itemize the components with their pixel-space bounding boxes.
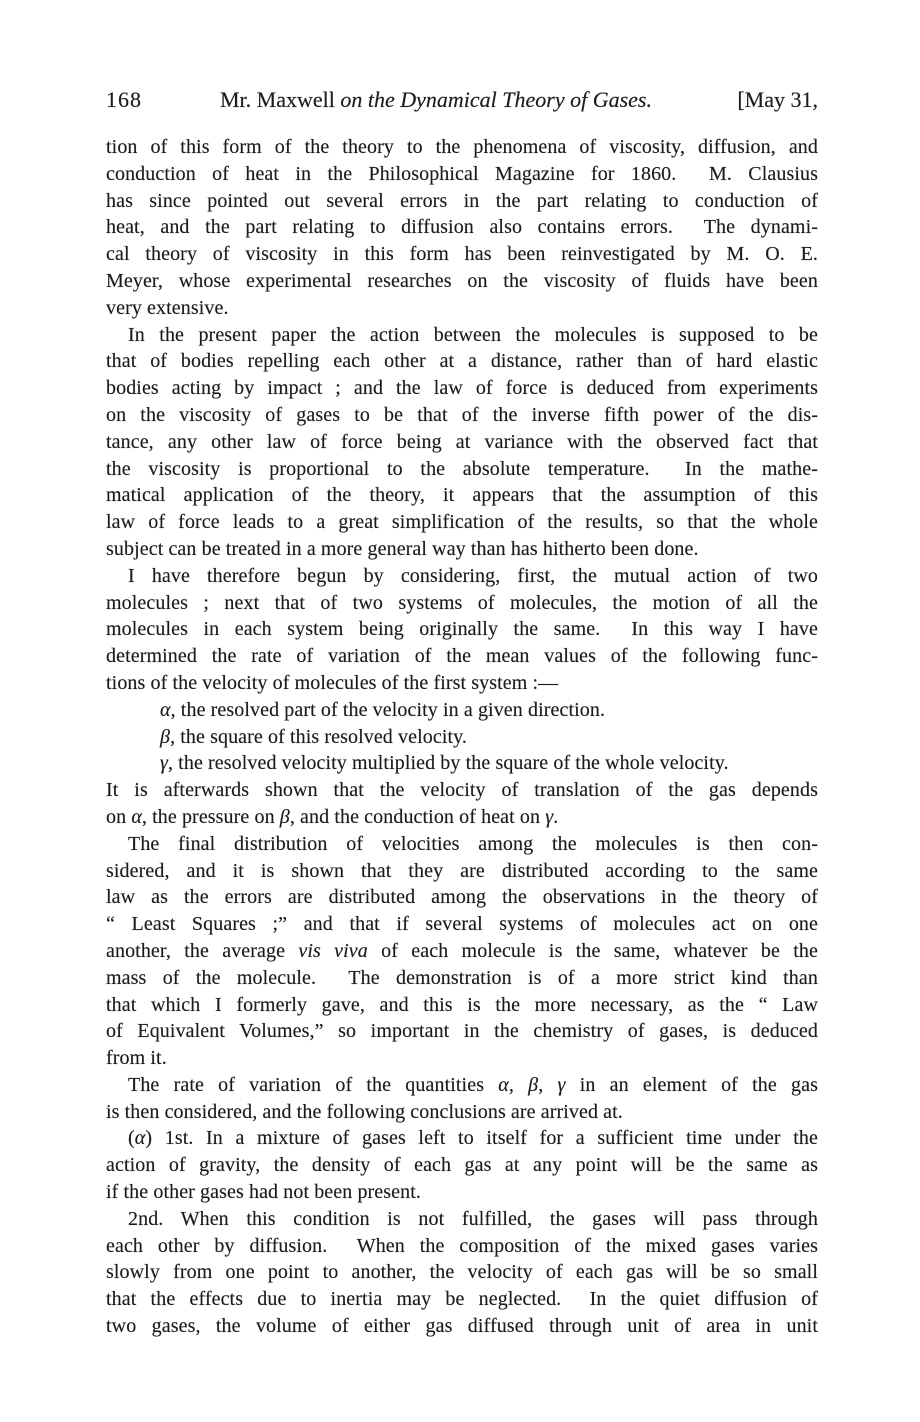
text-run: molecules ; next that of two systems of … bbox=[106, 592, 818, 614]
text-run: In the present paper the action between … bbox=[128, 324, 818, 346]
text-line: that the effects due to inertia may be n… bbox=[106, 1286, 818, 1313]
text-run: action of gravity, the density of each g… bbox=[106, 1154, 818, 1176]
italic-text-run: β bbox=[528, 1074, 538, 1096]
text-run: cal theory of viscosity in this form has… bbox=[106, 243, 818, 265]
text-line: cal theory of viscosity in this form has… bbox=[106, 241, 818, 268]
running-date: [May 31, bbox=[737, 86, 818, 114]
text-run: tance, any other law of force being at v… bbox=[106, 431, 818, 453]
text-line: The final distribution of velocities amo… bbox=[106, 831, 818, 858]
italic-text-run: α bbox=[131, 806, 142, 828]
text-line: sidered, and it is shown that they are d… bbox=[106, 858, 818, 885]
text-line: tions of the velocity of molecules of th… bbox=[106, 670, 818, 697]
text-run: , the pressure on bbox=[142, 806, 280, 828]
text-run: , bbox=[538, 1074, 557, 1096]
text-line: law as the errors are distributed among … bbox=[106, 884, 818, 911]
text-run: is then considered, and the following co… bbox=[106, 1101, 623, 1123]
text-line: mass of the molecule. The demonstration … bbox=[106, 965, 818, 992]
text-run: bodies acting by impact ; and the law of… bbox=[106, 377, 818, 399]
text-run: the viscosity is proportional to the abs… bbox=[106, 458, 818, 480]
text-line: of Equivalent Volumes,” so important in … bbox=[106, 1018, 818, 1045]
text-run: tion of this form of the theory to the p… bbox=[106, 136, 818, 158]
text-line: two gases, the volume of either gas diff… bbox=[106, 1313, 818, 1340]
text-run: , the square of this resolved velocity. bbox=[170, 726, 467, 748]
text-line: molecules ; next that of two systems of … bbox=[106, 590, 818, 617]
text-run: , the resolved part of the velocity in a… bbox=[171, 699, 605, 721]
running-title: Mr. Maxwell on the Dynamical Theory of G… bbox=[220, 86, 652, 114]
text-line: subject can be treated in a more general… bbox=[106, 536, 818, 563]
text-run: of Equivalent Volumes,” so important in … bbox=[106, 1020, 818, 1042]
text-run: law as the errors are distributed among … bbox=[106, 886, 818, 908]
text-run: that of bodies repelling each other at a… bbox=[106, 350, 818, 372]
text-run: another, the average bbox=[106, 940, 298, 962]
text-run: has since pointed out several errors in … bbox=[106, 190, 818, 212]
text-run: very extensive. bbox=[106, 297, 229, 319]
italic-text-run: γ bbox=[160, 752, 168, 774]
text-line: is then considered, and the following co… bbox=[106, 1099, 818, 1126]
text-line: It is afterwards shown that the velocity… bbox=[106, 777, 818, 804]
italic-text-run: vis viva bbox=[298, 940, 368, 962]
text-run: sidered, and it is shown that they are d… bbox=[106, 860, 818, 882]
italic-text-run: α bbox=[160, 699, 171, 721]
text-run: law of force leads to a great simplifica… bbox=[106, 511, 818, 533]
running-header: 168 Mr. Maxwell on the Dynamical Theory … bbox=[106, 86, 818, 114]
text-line: (α) 1st. In a mixture of gases left to i… bbox=[106, 1125, 818, 1152]
text-line: slowly from one point to another, the ve… bbox=[106, 1259, 818, 1286]
text-run: in an element of the gas bbox=[566, 1074, 819, 1096]
text-line: very extensive. bbox=[106, 295, 818, 322]
page-number: 168 bbox=[106, 86, 142, 114]
text-run: heat, and the part relating to diffusion… bbox=[106, 216, 818, 238]
text-run: , and the conduction of heat on bbox=[290, 806, 545, 828]
text-run: The rate of variation of the quantities bbox=[128, 1074, 498, 1096]
text-run: from it. bbox=[106, 1047, 167, 1069]
text-line: another, the average vis viva of each mo… bbox=[106, 938, 818, 965]
text-run: It is afterwards shown that the velocity… bbox=[106, 779, 818, 801]
text-run: molecules in each system being originall… bbox=[106, 618, 818, 640]
text-line: heat, and the part relating to diffusion… bbox=[106, 214, 818, 241]
text-run: Meyer, whose experimental researches on … bbox=[106, 270, 818, 292]
text-line: The rate of variation of the quantities … bbox=[106, 1072, 818, 1099]
text-line: from it. bbox=[106, 1045, 818, 1072]
italic-text-run: β bbox=[160, 726, 170, 748]
text-run: mass of the molecule. The demonstration … bbox=[106, 967, 818, 989]
text-run: that the effects due to inertia may be n… bbox=[106, 1288, 818, 1310]
text-line: Meyer, whose experimental researches on … bbox=[106, 268, 818, 295]
text-run: that which I formerly gave, and this is … bbox=[106, 994, 818, 1016]
text-run: “ Least Squares ;” and that if several s… bbox=[106, 913, 818, 935]
text-line: that which I formerly gave, and this is … bbox=[106, 992, 818, 1019]
text-line: law of force leads to a great simplifica… bbox=[106, 509, 818, 536]
text-run: each other by diffusion. When the compos… bbox=[106, 1235, 818, 1257]
text-line: molecules in each system being originall… bbox=[106, 616, 818, 643]
text-line: 2nd. When this condition is not fulfille… bbox=[106, 1206, 818, 1233]
text-line: “ Least Squares ;” and that if several s… bbox=[106, 911, 818, 938]
list-item-line: β, the square of this resolved velocity. bbox=[106, 724, 818, 751]
italic-text-run: β bbox=[280, 806, 290, 828]
text-run: of each molecule is the same, whatever b… bbox=[368, 940, 818, 962]
text-run: matical application of the theory, it ap… bbox=[106, 484, 818, 506]
text-run: determined the rate of variation of the … bbox=[106, 645, 818, 667]
running-title-italic: on the Dynamical Theory of Gases. bbox=[340, 87, 652, 112]
text-line: matical application of the theory, it ap… bbox=[106, 482, 818, 509]
text-run: slowly from one point to another, the ve… bbox=[106, 1261, 818, 1283]
text-run: , the resolved velocity multiplied by th… bbox=[168, 752, 729, 774]
text-line: that of bodies repelling each other at a… bbox=[106, 348, 818, 375]
text-run: subject can be treated in a more general… bbox=[106, 538, 699, 560]
text-run: I have therefore begun by considering, f… bbox=[128, 565, 818, 587]
italic-text-run: α bbox=[498, 1074, 509, 1096]
italic-text-run: α bbox=[135, 1127, 146, 1149]
text-run: ( bbox=[128, 1127, 135, 1149]
text-run: if the other gases had not been present. bbox=[106, 1181, 421, 1203]
italic-text-run: γ bbox=[545, 806, 553, 828]
text-run: The final distribution of velocities amo… bbox=[128, 833, 818, 855]
text-run: 2nd. When this condition is not fulfille… bbox=[128, 1208, 818, 1230]
text-line: In the present paper the action between … bbox=[106, 322, 818, 349]
text-line: on α, the pressure on β, and the conduct… bbox=[106, 804, 818, 831]
text-run: tions of the velocity of molecules of th… bbox=[106, 672, 558, 694]
running-title-roman: Mr. Maxwell bbox=[220, 87, 340, 112]
italic-text-run: γ bbox=[558, 1074, 566, 1096]
text-run: . bbox=[553, 806, 558, 828]
text-line: conduction of heat in the Philosophical … bbox=[106, 161, 818, 188]
list-item-line: γ, the resolved velocity multiplied by t… bbox=[106, 750, 818, 777]
text-run: , bbox=[509, 1074, 528, 1096]
text-line: bodies acting by impact ; and the law of… bbox=[106, 375, 818, 402]
text-line: determined the rate of variation of the … bbox=[106, 643, 818, 670]
text-line: has since pointed out several errors in … bbox=[106, 188, 818, 215]
list-item-line: α, the resolved part of the velocity in … bbox=[106, 697, 818, 724]
text-run: conduction of heat in the Philosophical … bbox=[106, 163, 818, 185]
text-line: tance, any other law of force being at v… bbox=[106, 429, 818, 456]
text-line: if the other gases had not been present. bbox=[106, 1179, 818, 1206]
text-run: on bbox=[106, 806, 131, 828]
text-run: ) 1st. In a mixture of gases left to its… bbox=[145, 1127, 818, 1149]
scanned-paper-page: 168 Mr. Maxwell on the Dynamical Theory … bbox=[0, 0, 920, 1422]
text-line: action of gravity, the density of each g… bbox=[106, 1152, 818, 1179]
text-line: each other by diffusion. When the compos… bbox=[106, 1233, 818, 1260]
text-line: I have therefore begun by considering, f… bbox=[106, 563, 818, 590]
text-line: on the viscosity of gases to be that of … bbox=[106, 402, 818, 429]
text-line: tion of this form of the theory to the p… bbox=[106, 134, 818, 161]
text-run: on the viscosity of gases to be that of … bbox=[106, 404, 818, 426]
text-line: the viscosity is proportional to the abs… bbox=[106, 456, 818, 483]
page-body: tion of this form of the theory to the p… bbox=[106, 134, 818, 1340]
text-run: two gases, the volume of either gas diff… bbox=[106, 1315, 818, 1337]
